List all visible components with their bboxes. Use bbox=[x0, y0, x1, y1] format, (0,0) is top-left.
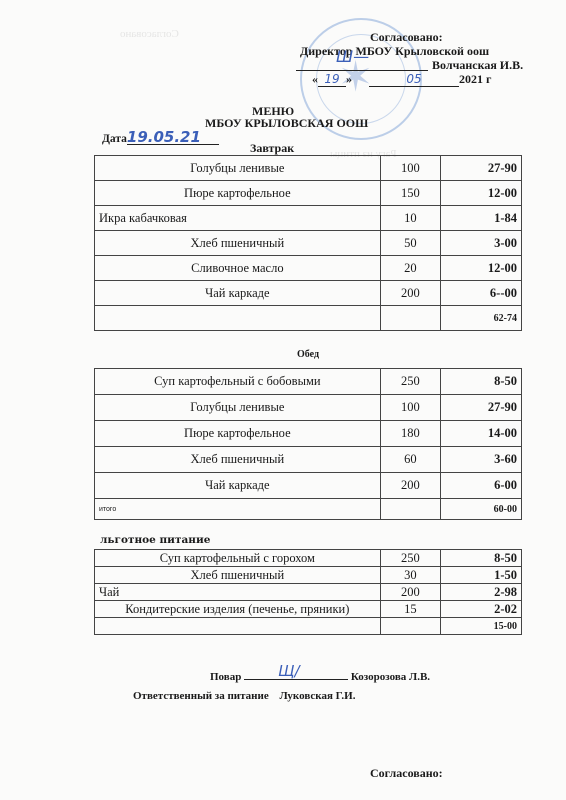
dish-price: 2-02 bbox=[441, 601, 522, 618]
menu-row: Хлеб пшеничный503-00 bbox=[95, 231, 522, 256]
menu-row: Суп картофельный с горохом2508-50 bbox=[95, 550, 522, 567]
dish-price: 6--00 bbox=[441, 281, 522, 306]
approval-position: Директор МБОУ Крыловской оош bbox=[300, 44, 489, 58]
total-row: итого60-00 bbox=[95, 499, 522, 520]
director-signature: Ш— bbox=[336, 50, 369, 64]
menu-row: Голубцы ленивые10027-90 bbox=[95, 395, 522, 421]
cook-label: Повар bbox=[210, 671, 241, 683]
dish-quantity: 200 bbox=[380, 584, 440, 601]
approval-year: 2021 г bbox=[459, 72, 491, 86]
dish-name: Кондитерские изделия (печенье, пряники) bbox=[95, 601, 381, 618]
dish-name: Пюре картофельное bbox=[95, 421, 381, 447]
dish-name: Голубцы ленивые bbox=[95, 395, 381, 421]
menu-row: Кондитерские изделия (печенье, пряники)1… bbox=[95, 601, 522, 618]
responsible-row: Ответственный за питание Луковская Г.И. bbox=[133, 690, 355, 702]
preferential-title: льготное питание bbox=[100, 534, 210, 546]
menu-row: Икра кабачковая101-84 bbox=[95, 206, 522, 231]
dish-quantity: 20 bbox=[380, 256, 440, 281]
cook-signature-line: Щ/ bbox=[244, 668, 348, 680]
menu-row: Чай каркаде2006-00 bbox=[95, 473, 522, 499]
total-quantity bbox=[380, 499, 440, 520]
menu-row: Пюре картофельное15012-00 bbox=[95, 181, 522, 206]
total-row: 62-74 bbox=[95, 306, 522, 331]
dish-price: 1-50 bbox=[441, 567, 522, 584]
dish-name: Хлеб пшеничный bbox=[95, 447, 381, 473]
menu-row: Чай каркаде2006--00 bbox=[95, 281, 522, 306]
director-signature-line: Ш— bbox=[296, 58, 428, 71]
dish-quantity: 250 bbox=[380, 550, 440, 567]
cook-signature: Щ/ bbox=[278, 662, 299, 680]
menu-row: Голубцы ленивые10027-90 bbox=[95, 156, 522, 181]
date-value: 19.05.21 bbox=[127, 130, 219, 145]
dish-price: 8-50 bbox=[441, 369, 522, 395]
dish-name: Сливочное масло bbox=[95, 256, 381, 281]
menu-row: Суп картофельный с бобовыми2508-50 bbox=[95, 369, 522, 395]
dish-price: 1-84 bbox=[441, 206, 522, 231]
approval-title: Согласовано: bbox=[370, 30, 443, 44]
dish-quantity: 200 bbox=[380, 473, 440, 499]
menu-row: Сливочное масло2012-00 bbox=[95, 256, 522, 281]
dish-name: Чай каркаде bbox=[95, 473, 381, 499]
approval-director-name: Волчанская И.В. bbox=[432, 58, 523, 72]
menu-row: Чай2002-98 bbox=[95, 584, 522, 601]
dish-price: 12-00 bbox=[441, 181, 522, 206]
total-price: 60-00 bbox=[441, 499, 522, 520]
dish-name: Икра кабачковая bbox=[95, 206, 381, 231]
dish-name: Пюре картофельное bbox=[95, 181, 381, 206]
date-row: Дата19.05.21 bbox=[102, 130, 219, 145]
dish-quantity: 50 bbox=[380, 231, 440, 256]
bottom-approval-title: Согласовано: bbox=[370, 766, 443, 780]
total-label bbox=[95, 618, 381, 635]
cook-row: Повар Щ/ Козорозова Л.В. bbox=[210, 668, 430, 683]
dish-price: 3-00 bbox=[441, 231, 522, 256]
dish-price: 6-00 bbox=[441, 473, 522, 499]
dish-quantity: 200 bbox=[380, 281, 440, 306]
total-price: 62-74 bbox=[441, 306, 522, 331]
dish-name: Чай bbox=[95, 584, 381, 601]
responsible-name: Луковская Г.И. bbox=[279, 690, 355, 702]
lunch-table: Суп картофельный с бобовыми2508-50Голубц… bbox=[94, 368, 522, 520]
total-label: итого bbox=[95, 499, 381, 520]
dish-price: 12-00 bbox=[441, 256, 522, 281]
dish-quantity: 180 bbox=[380, 421, 440, 447]
approval-month: 05 bbox=[369, 72, 459, 87]
lunch-title: Обед bbox=[297, 349, 319, 360]
school-name: МБОУ КРЫЛОВСКАЯ ООШ bbox=[205, 116, 368, 131]
dish-quantity: 250 bbox=[380, 369, 440, 395]
approval-date: «19» 052021 г bbox=[312, 72, 491, 87]
dish-quantity: 150 bbox=[380, 181, 440, 206]
dish-name: Суп картофельный с горохом bbox=[95, 550, 381, 567]
responsible-label: Ответственный за питание bbox=[133, 690, 269, 702]
dish-quantity: 100 bbox=[380, 156, 440, 181]
dish-price: 27-90 bbox=[441, 395, 522, 421]
preferential-table: Суп картофельный с горохом2508-50Хлеб пш… bbox=[94, 549, 522, 635]
dish-quantity: 60 bbox=[380, 447, 440, 473]
dish-price: 14-00 bbox=[441, 421, 522, 447]
breakfast-table: Голубцы ленивые10027-90Пюре картофельное… bbox=[94, 155, 522, 331]
breakfast-title: Завтрак bbox=[250, 141, 294, 156]
dish-name: Голубцы ленивые bbox=[95, 156, 381, 181]
dish-price: 3-60 bbox=[441, 447, 522, 473]
dish-name: Хлеб пшеничный bbox=[95, 231, 381, 256]
show-through-text: Согласовано bbox=[120, 28, 179, 40]
dish-quantity: 10 bbox=[380, 206, 440, 231]
dish-quantity: 15 bbox=[380, 601, 440, 618]
cook-name: Козорозова Л.В. bbox=[351, 671, 430, 683]
total-label bbox=[95, 306, 381, 331]
menu-row: Пюре картофельное18014-00 bbox=[95, 421, 522, 447]
total-row: 15-00 bbox=[95, 618, 522, 635]
total-price: 15-00 bbox=[441, 618, 522, 635]
menu-row: Хлеб пшеничный301-50 bbox=[95, 567, 522, 584]
dish-price: 2-98 bbox=[441, 584, 522, 601]
total-quantity bbox=[380, 618, 440, 635]
dish-quantity: 30 bbox=[380, 567, 440, 584]
dish-name: Суп картофельный с бобовыми bbox=[95, 369, 381, 395]
dish-price: 27-90 bbox=[441, 156, 522, 181]
date-label: Дата bbox=[102, 133, 127, 145]
quote-close: » bbox=[346, 72, 352, 86]
dish-price: 8-50 bbox=[441, 550, 522, 567]
approval-day: 19 bbox=[318, 72, 346, 87]
dish-name: Чай каркаде bbox=[95, 281, 381, 306]
total-quantity bbox=[380, 306, 440, 331]
dish-name: Хлеб пшеничный bbox=[95, 567, 381, 584]
menu-row: Хлеб пшеничный603-60 bbox=[95, 447, 522, 473]
dish-quantity: 100 bbox=[380, 395, 440, 421]
